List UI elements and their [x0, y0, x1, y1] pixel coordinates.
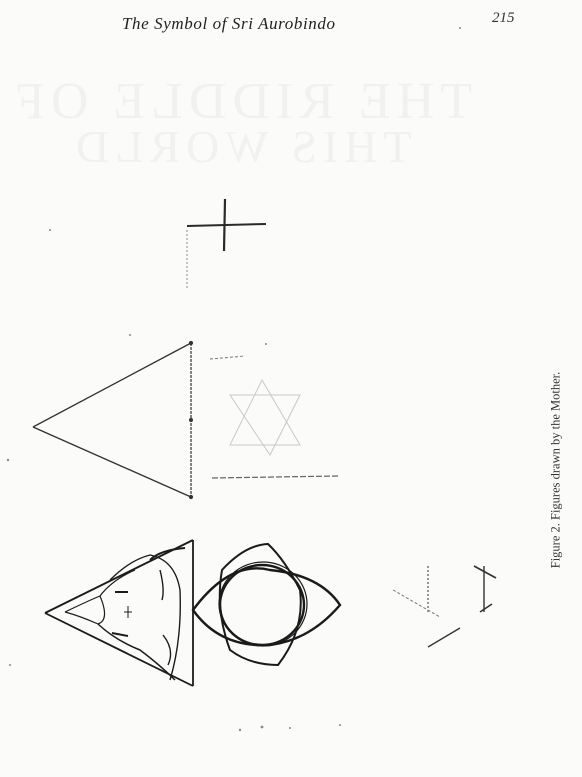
- scan-speckles: [7, 27, 461, 731]
- triangle-figure: [33, 341, 193, 498]
- figures-illustration: [0, 0, 582, 777]
- figure-in-triangle: [45, 540, 193, 686]
- small-angular-figure: [393, 566, 496, 647]
- circle-lotus-figure: [193, 544, 340, 665]
- book-page: THE RIDDLE OF THIS WORLD The Symbol of S…: [0, 0, 582, 777]
- figure-caption: Figure 2. Figures drawn by the Mother.: [549, 372, 564, 569]
- faint-hexagram-figure: [210, 356, 340, 478]
- cross-figure: [187, 199, 266, 290]
